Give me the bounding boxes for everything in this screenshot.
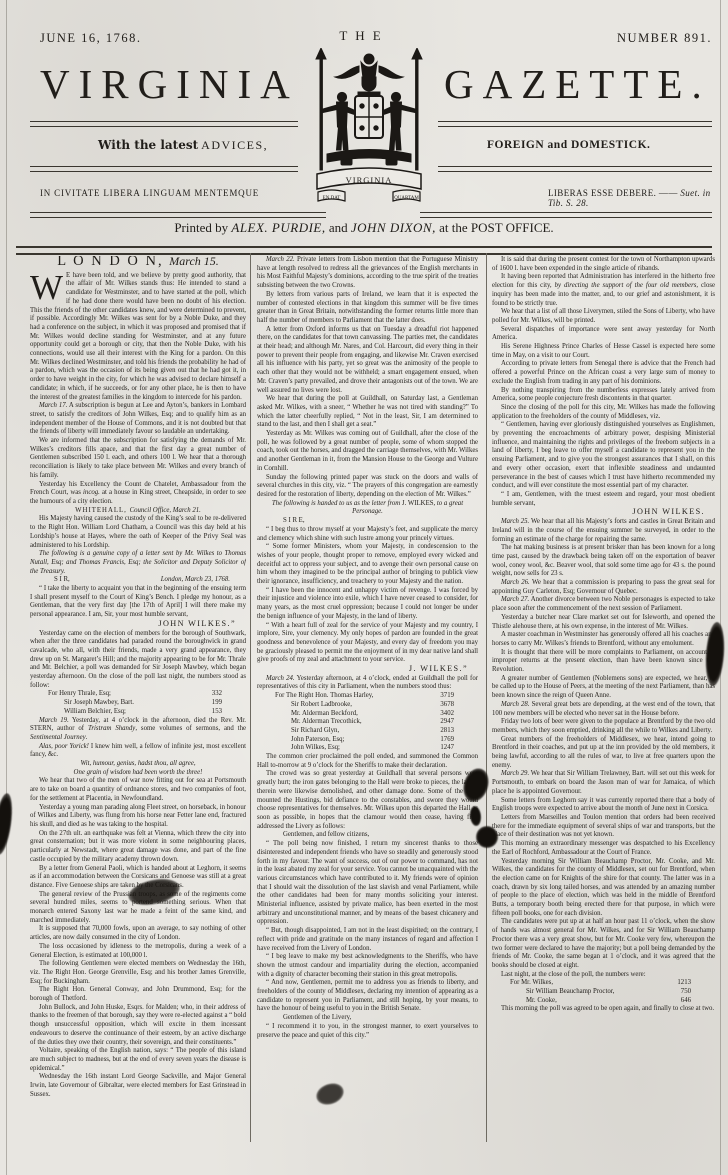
poll-row: For Henry Thrale, Esq;332	[48, 690, 222, 699]
advices-line-left: With the latest ADVICES,	[98, 138, 268, 153]
paragraph: On the 27th ult. an earthquake was felt …	[30, 830, 246, 865]
paragraph: Yesterday his Excellency the Count de Ch…	[30, 481, 246, 507]
printer-dixon: JOHN DIXON,	[351, 220, 436, 235]
advices-caps-text: ADVICES,	[201, 138, 268, 152]
paragraph: “ Some former Ministers, whom your Majes…	[257, 543, 478, 587]
paragraph: Yesterday a young man parading along Fle…	[30, 804, 246, 830]
ink-blot	[0, 792, 15, 856]
paragraph: Letters from Marseilles and Toulon menti…	[492, 814, 715, 840]
paragraph: March 17. A subscription is begun at Lee…	[30, 402, 246, 437]
section-heading-london: L O N D O N, March 15.	[30, 257, 246, 269]
paragraph: March 22. Private letters from Lisbon me…	[257, 256, 478, 291]
paragraph: March 29. We hear that Sir William Trela…	[492, 770, 715, 796]
signature-j-wilkes: J. WILKES.”	[257, 665, 478, 675]
paragraph: “ I have been the innocent and unhappy v…	[257, 587, 478, 622]
paragraph: Yesterday morning Sir William Beauchamp …	[492, 858, 715, 919]
motto-latin-left: IN CIVITATE LIBERA LINGUAM MENTEMQUE	[40, 188, 259, 198]
paragraph: S I R,London, March 23, 1768.	[30, 576, 246, 585]
masthead-rule	[30, 212, 326, 218]
paragraph: The crowd was so great yesterday at Guil…	[257, 770, 478, 831]
masthead-bottom-rule	[16, 246, 712, 255]
paragraph: It having been reported that Administrat…	[492, 273, 715, 308]
paragraph: “ The poll being now finished, I return …	[257, 840, 478, 927]
news-column-1: L O N D O N, March 15.WE have been told,…	[30, 256, 246, 1142]
paragraph: Sunday the following printed paper was s…	[257, 474, 478, 500]
poll-row: For The Right Hon. Thomas Harley,3719	[275, 692, 454, 701]
paragraph: Since the closing of the poll for this c…	[492, 404, 715, 421]
poll-row: John Paterson, Esq;1769	[275, 736, 454, 745]
poll-row: Sir Joseph Mawbey, Bart.199	[48, 699, 222, 708]
crest-scroll-right-text: QUARTAM	[394, 196, 419, 201]
paragraph: His Majesty having caused the custody of…	[30, 515, 246, 550]
imprint-and: and	[326, 220, 351, 235]
paragraph: The common crier proclaimed the poll end…	[257, 753, 478, 770]
paragraph: Alas, poor Yorick! I knew him well, a fe…	[30, 743, 246, 760]
masthead-rule	[30, 121, 298, 127]
paragraph: Yesterday came on the election of member…	[30, 630, 246, 691]
paragraph: It is supposed that 70,000 fowls, upon a…	[30, 925, 246, 942]
paper-title-gazette: GAZETTE.	[444, 60, 711, 108]
paragraph: March 26. We hear that a commission is p…	[492, 579, 715, 596]
news-column-2: March 22. Private letters from Lisbon me…	[257, 256, 478, 1142]
paragraph: The following Gentlemen were elected mem…	[30, 960, 246, 986]
poll-row: Sir William Beauchamp Proctor,750	[510, 988, 691, 997]
paragraph: Great numbers of the freeholders of Midd…	[492, 736, 715, 771]
poll-results-southwark: For Henry Thrale, Esq;332Sir Joseph Mawb…	[30, 690, 246, 716]
paragraph: The following is handed to us as the let…	[257, 500, 478, 517]
printer-purdie: ALEX. PURDIE,	[231, 220, 325, 235]
paragraph: The hat making business is at present br…	[492, 544, 715, 579]
paragraph: We hear that two of the men of war now f…	[30, 777, 246, 803]
poll-row: Mr. Cooke,646	[510, 997, 691, 1006]
poll-row: Mr. Alderman Trecothick,2947	[275, 718, 454, 727]
crest-scroll-left-text: EN DAT	[323, 196, 341, 201]
poll-row: Mr. Alderman Beckford,3402	[275, 710, 454, 719]
paragraph: Last night, at the close of the poll, th…	[492, 971, 715, 980]
masthead-rule	[30, 166, 298, 172]
paragraph: “ And now, Gentlemen, permit me to addre…	[257, 979, 478, 1014]
imprint-suffix: at the POST OFFICE.	[436, 220, 554, 235]
paragraph: “ I beg leave to make my best acknowledg…	[257, 953, 478, 979]
paragraph: March 19. Yesterday, at 4 o’clock in the…	[30, 717, 246, 743]
paragraph: It is thought that there will be more co…	[492, 649, 715, 675]
paragraph: WHITEHALL, Council Office, March 21.	[30, 507, 246, 516]
paragraph: John Bullock, and John Huske, Esqrs. for…	[30, 1004, 246, 1048]
poll-row: John Wilkes, Esq;1247	[275, 744, 454, 753]
virginia-coat-of-arms-icon: VIRGINIA EN DAT QUARTAM	[299, 48, 439, 208]
masthead-the: THE	[339, 28, 388, 44]
signature-john-wilkes: JOHN WILKES.”	[30, 620, 246, 630]
motto-latin-right: LIBERAS ESSE DEBERE. —— Suet. in Tib. S.…	[548, 188, 728, 208]
masthead-rule	[438, 166, 712, 172]
paragraph: Voltaire, speaking of the English nation…	[30, 1047, 246, 1073]
paragraph: The following is a genuine copy of a let…	[30, 550, 246, 576]
paragraph: Yesterday as Mr. Wilkes was coming out o…	[257, 430, 478, 474]
paragraph: WE have been told, and we believe by pre…	[30, 272, 246, 403]
paragraph: By nothing transpiring from the numberle…	[492, 387, 715, 404]
paragraph: By letters from various parts of Ireland…	[257, 291, 478, 326]
motto-text: LIBERAS ESSE DEBERE.	[548, 188, 656, 198]
column-divider	[486, 253, 487, 1142]
masthead-rule	[438, 121, 712, 127]
paragraph: The Right Hon. General Conway, and John …	[30, 986, 246, 1003]
news-column-3: It is said that during the present conte…	[492, 256, 715, 1142]
paragraph: A master coachman in Westminster has gen…	[492, 631, 715, 648]
paragraph: “ I recommend it to you, in the stronges…	[257, 1023, 478, 1040]
crest-banner-text: VIRGINIA	[346, 175, 393, 185]
poll-results-london: For The Right Hon. Thomas Harley,3719Sir…	[257, 692, 478, 753]
paragraph: Friday two lots of beer were given to th…	[492, 718, 715, 735]
motto-dash: ——	[656, 188, 680, 198]
paragraph: “ I beg thus to throw myself at your Maj…	[257, 526, 478, 543]
paragraph: Some letters from Leghorn say it was cur…	[492, 797, 715, 814]
paragraph: One grain of wisdom had been worth the t…	[30, 769, 246, 778]
issue-number: NUMBER 891.	[617, 31, 712, 46]
paragraph: March 27. Another divorce between two No…	[492, 596, 715, 613]
poll-row: Sir Robert Ladbrooke,3678	[275, 701, 454, 710]
imprint-line: Printed by ALEX. PURDIE, and JOHN DIXON,…	[0, 220, 728, 236]
paragraph: The loss occasioned by idleness to the m…	[30, 943, 246, 960]
paragraph: A letter from Oxford informs us that on …	[257, 326, 478, 396]
column-divider	[250, 253, 251, 1142]
paragraph: “ I take the liberty to acquaint you tha…	[30, 585, 246, 620]
paragraph: The candidates were put up at at half an…	[492, 918, 715, 970]
paragraph: According to private letters from Senega…	[492, 360, 715, 386]
paragraph: Gentlemen of the Livery,	[257, 1014, 478, 1023]
paragraph: A greater number of Gentlemen (Noblemens…	[492, 675, 715, 701]
paragraph: “ Gentlemen, having ever gloriously dist…	[492, 421, 715, 491]
page-frame-right	[720, 0, 721, 1175]
paragraph: “ With a heart full of zeal for the serv…	[257, 622, 478, 666]
paragraph: This morning an extraordinary messenger …	[492, 840, 715, 857]
poll-row: Sir Richard Glyn,2813	[275, 727, 454, 736]
paragraph: We are informed that the subscription fo…	[30, 437, 246, 481]
paragraph: His Serene Highness Prince Charles of He…	[492, 343, 715, 360]
paragraph: It is said that during the present conte…	[492, 256, 715, 273]
paragraph: Several dispatches of importance were se…	[492, 326, 715, 343]
poll-row: William Belchier, Esq;153	[48, 708, 222, 717]
page-frame-left	[6, 0, 7, 1175]
poll-row: For Mr. Wilkes,1213	[510, 979, 691, 988]
advices-line-right: FOREIGN and DOMESTICK.	[487, 139, 650, 151]
paragraph: We hear that a list of all those Liverym…	[492, 308, 715, 325]
poll-results-middlesex: For Mr. Wilkes,1213Sir William Beauchamp…	[492, 979, 715, 1005]
paragraph: March 25. We hear that all his Majesty’s…	[492, 518, 715, 544]
paragraph: “ I am, Gentlemen, with the truest estee…	[492, 491, 715, 508]
paragraph: March 24. Yesterday afternoon, at 4 o’cl…	[257, 675, 478, 692]
paragraph: “ But, though disappointed, I am not in …	[257, 927, 478, 953]
paragraph: Yesterday a butcher near Clare market se…	[492, 614, 715, 631]
paragraph: We hear that during the poll at Guildhal…	[257, 395, 478, 430]
paragraph: March 28. Several great bets are dependi…	[492, 701, 715, 718]
paper-title-virginia: VIRGINIA	[40, 60, 299, 108]
paragraph: Wit, humour, genius, hadst thou, all agr…	[30, 760, 246, 769]
newspaper-page: JUNE 16, 1768. THE NUMBER 891. VIRGINIA …	[0, 0, 728, 1175]
paragraph: Wednesday the 16th instant Lord George S…	[30, 1073, 246, 1099]
masthead-rule	[420, 212, 712, 218]
issue-date: JUNE 16, 1768.	[40, 31, 142, 46]
paragraph: Gentlemen, and fellow citizens,	[257, 831, 478, 840]
paragraph: This morning the poll was agreed to be o…	[492, 1005, 715, 1014]
imprint-prefix: Printed by	[174, 220, 231, 235]
advices-gothic-text: With the latest	[98, 138, 198, 152]
signature-john-wilkes: JOHN WILKES.	[492, 508, 715, 518]
paragraph: S I R E,	[257, 517, 478, 526]
